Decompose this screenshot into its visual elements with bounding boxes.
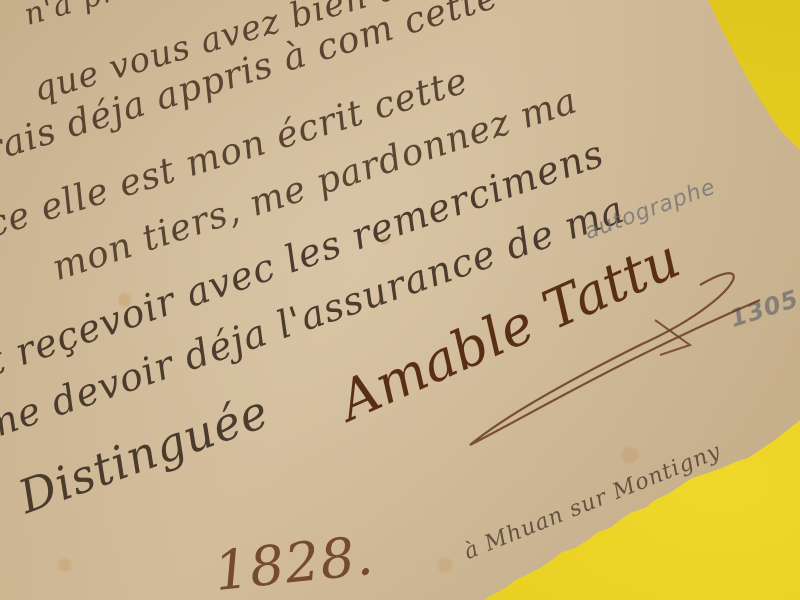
- date-fragment: 1828.: [211, 524, 376, 600]
- address-note: à Mhuan sur Montigny: [461, 439, 725, 565]
- pencil-note-number: 1305: [726, 284, 800, 333]
- photo-scene: n'a prem que vous avez bien à com rais d…: [0, 0, 800, 600]
- text-line-1: n'a prem: [20, 0, 167, 33]
- letter-paper: n'a prem que vous avez bien à com rais d…: [0, 0, 800, 600]
